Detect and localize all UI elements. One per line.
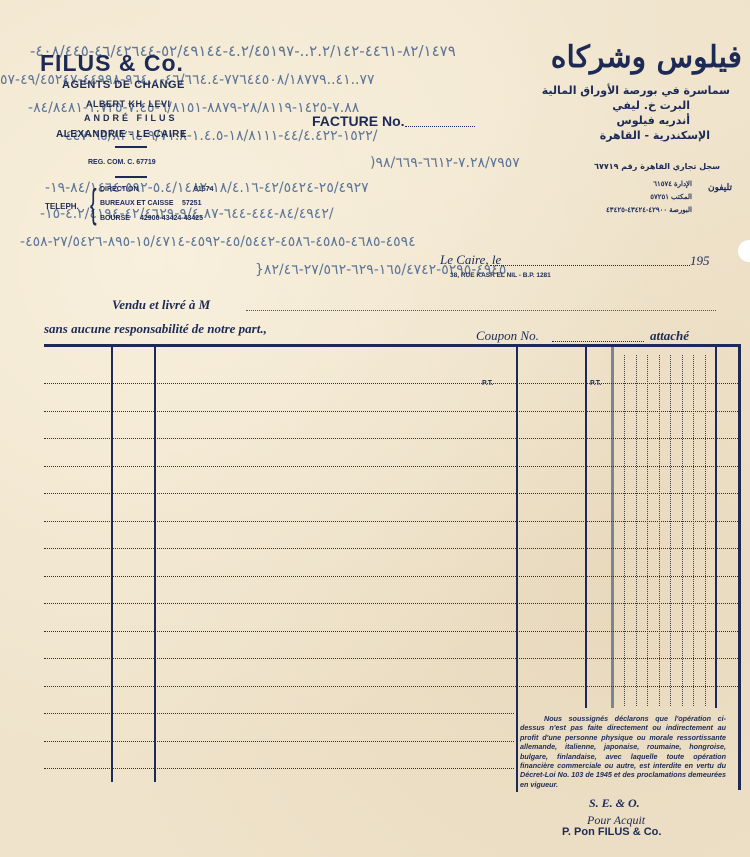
column-divider [111, 347, 113, 782]
arabic-tel-line: الإدارة ٦١٥٧٤ [653, 180, 692, 188]
table-row-line [44, 713, 514, 714]
arabic-tagline: سماسرة في بورصة الأوراق المالية [542, 84, 730, 97]
partner-2: ANDRÉ FILUS [84, 113, 178, 123]
table-row-line [44, 603, 738, 604]
handwritten-line: -٧.٨٨-١٤٢٥-٢٨/٨١١٩-٨٨٧٩-٦/٨١٥١-٧.٤٥-١.٧٢… [28, 100, 359, 116]
handwritten-line: )٧.٢٨/٧٩٥٧-٦٦١٢-٩٨/٦٦٩ [370, 155, 520, 171]
column-divider [611, 347, 614, 708]
phone-direction-label: DIRECTION [100, 186, 139, 193]
handwritten-line: -٤٥٩٤-٤٦٨٥-٤٥٨٥-٤٥٨٦-٤٥/٥٤٤٢-٤٥٩٢-١٥/٤٧١… [20, 234, 416, 250]
company-tagline: AGENTS DE CHANGE [62, 79, 185, 91]
table-row-line [44, 658, 738, 659]
divider [115, 146, 147, 148]
column-divider [516, 347, 518, 792]
grid-divider [659, 355, 660, 706]
hole-punch [738, 240, 750, 262]
company-name: FILUS & Co. [40, 50, 184, 77]
arabic-partner-1: البرت خ. ليفي [612, 99, 690, 112]
arabic-tel-line: المكتب ٥٧٢٥١ [650, 193, 692, 201]
phone-direction-number: 61574 [194, 186, 213, 193]
grid-divider [670, 355, 671, 706]
phone-bourse-number: 42900-43424-43425 [140, 215, 203, 222]
arabic-company-name: فيلوس وشركاه [551, 40, 742, 75]
arabic-tel-line: البورصة ٤٢٩٠٠-٤٣٤٢٤-٤٣٤٢٥ [606, 206, 692, 214]
attached-label: attaché [650, 328, 689, 344]
grid-divider [624, 355, 625, 706]
grid-divider [682, 355, 683, 706]
sold-to-field[interactable] [246, 310, 716, 311]
column-divider [585, 347, 587, 708]
table-top-rule [44, 344, 741, 347]
arabic-partner-2: أندريه فيلوس [617, 114, 690, 127]
coupon-field[interactable] [552, 341, 644, 342]
table-row-line [44, 768, 514, 769]
phone-bureaux-label: BUREAUX ET CAISSE [100, 200, 174, 207]
partner-1: ALBERT KH. LEVI [86, 99, 171, 109]
table-row-line [44, 493, 738, 494]
table-row-line [44, 741, 514, 742]
company-address: 38, RUE KASR EL NIL - B.P. 1281 [450, 272, 551, 279]
arabic-cities: الإسكندرية - القاهرة [600, 129, 710, 142]
signature-line-3: P. Pon FILUS & Co. [562, 826, 661, 838]
year-prefix: 195 [690, 253, 710, 269]
table-row-line [44, 576, 738, 577]
signature-line-1: S. E. & O. [589, 796, 640, 811]
table-row-line [44, 383, 738, 384]
currency-label: P.T. [482, 380, 493, 387]
facture-label: FACTURE No. [312, 113, 405, 129]
company-name-text: FILUS [40, 50, 111, 76]
date-field[interactable] [490, 265, 690, 266]
phone-bourse-label: BOURSE [100, 215, 130, 222]
company-cities: ALEXANDRIE - LE CAIRE [56, 129, 187, 140]
company-suffix: & Co. [119, 50, 184, 76]
teleph-label: TELEPH. [45, 202, 79, 211]
disclaimer: sans aucune responsabilité de notre part… [44, 321, 267, 337]
grid-divider [636, 355, 637, 706]
table-row-line [44, 438, 738, 439]
table-row-line [44, 411, 738, 412]
grid-divider [693, 355, 694, 706]
table-row-line [44, 521, 738, 522]
legal-notice: Nous soussignés déclarons que l'opératio… [520, 714, 726, 789]
column-divider [154, 347, 156, 782]
table-row-line [44, 466, 738, 467]
coupon-label: Coupon No. [476, 328, 539, 344]
table-row-line [44, 548, 738, 549]
phone-bureaux-number: 57251 [182, 200, 201, 207]
column-divider [715, 347, 717, 708]
grid-divider [705, 355, 706, 706]
sold-to-label: Vendu et livré à M [112, 297, 210, 313]
grid-divider [647, 355, 648, 706]
currency-label: P.T. [590, 380, 601, 387]
reg-com: REG. COM. C. 67719 [88, 159, 156, 166]
table-row-line [44, 631, 738, 632]
brace-icon: { [90, 184, 97, 224]
table-row-line [44, 686, 738, 687]
legal-notice-text: Nous soussignés déclarons que l'opératio… [520, 714, 726, 789]
arabic-reg: سجل تجاري القاهرة رقم ٦٧٧١٩ [594, 162, 720, 171]
divider [115, 176, 147, 178]
table-right-border [738, 347, 741, 790]
arabic-tel-label: تليفون [708, 182, 732, 193]
facture-number-field[interactable] [405, 126, 475, 127]
